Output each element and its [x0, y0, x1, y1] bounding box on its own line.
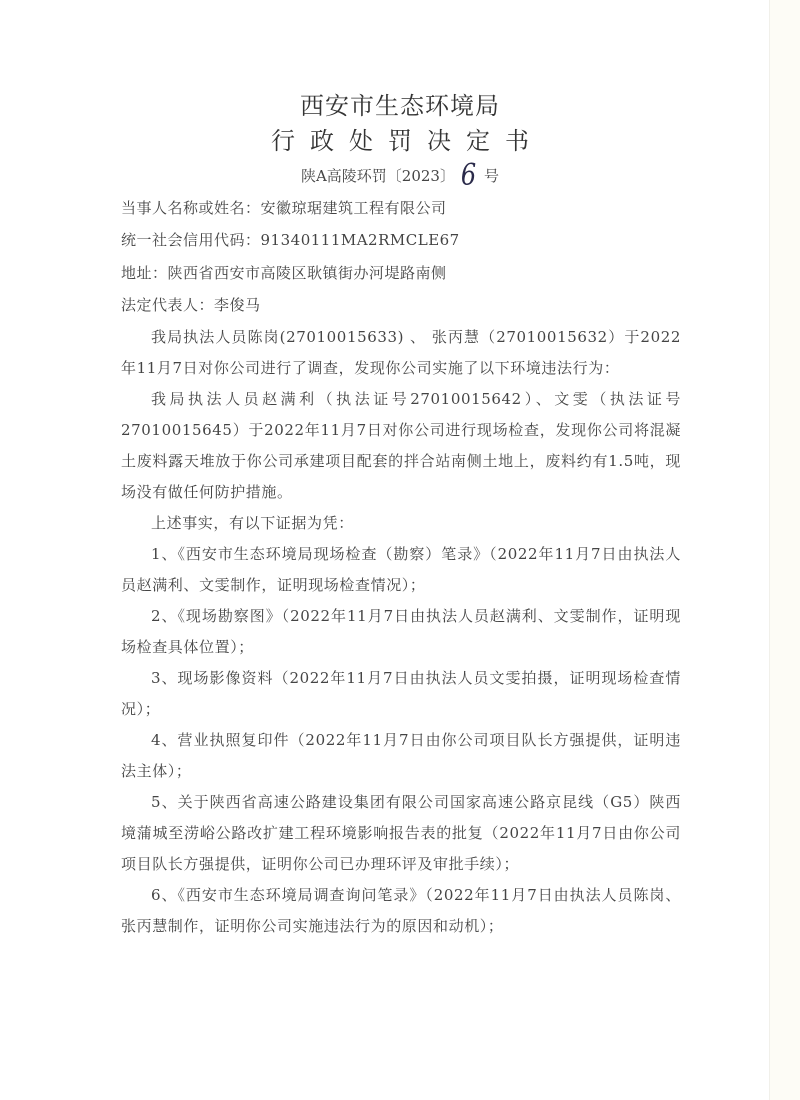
- evidence-item-2: 2、《现场勘察图》（2022年11月7日由执法人员赵满利、文雯制作，证明现场检查…: [121, 601, 681, 663]
- legal-representative-field: 法定代表人：李俊马: [121, 294, 261, 315]
- document-type-title: 行政处罚决定书: [0, 121, 800, 156]
- document-number-prefix: 陕A高陵环罚〔2023〕: [301, 167, 455, 185]
- organization-title: 西安市生态环境局: [0, 86, 800, 121]
- credit-code-field: 统一社会信用代码：91340111MA2RMCLE67: [121, 229, 460, 250]
- evidence-item-5: 5、关于陕西省高速公路建设集团有限公司国家高速公路京昆线（G5）陕西境蒲城至涝峪…: [121, 787, 681, 880]
- handwritten-number: 6: [461, 161, 476, 191]
- credit-code-label: 统一社会信用代码：: [121, 231, 261, 249]
- paragraph-violation-facts: 我局执法人员赵满利（执法证号27010015642）、文雯（执法证号270100…: [121, 384, 681, 508]
- party-name-value: 安徽琼琚建筑工程有限公司: [261, 199, 447, 217]
- address-label: 地址：: [121, 264, 168, 282]
- document-number: 陕A高陵环罚〔2023〕6号: [0, 157, 800, 187]
- evidence-item-6: 6、《西安市生态环境局调查询问笔录》（2022年11月7日由执法人员陈岗、张丙慧…: [121, 880, 681, 942]
- legal-representative-label: 法定代表人：: [121, 296, 214, 314]
- address-field: 地址：陕西省西安市高陵区耿镇街办河堤路南侧: [121, 262, 447, 283]
- address-value: 陕西省西安市高陵区耿镇街办河堤路南侧: [168, 264, 447, 282]
- evidence-item-4: 4、营业执照复印件（2022年11月7日由你公司项目队长方强提供，证明违法主体）…: [121, 725, 681, 787]
- legal-representative-value: 李俊马: [214, 296, 261, 314]
- evidence-item-3: 3、现场影像资料（2022年11月7日由执法人员文雯拍摄，证明现场检查情况）；: [121, 663, 681, 725]
- evidence-item-1: 1、《西安市生态环境局现场检查（勘察）笔录》（2022年11月7日由执法人员赵满…: [121, 539, 681, 601]
- party-name-label: 当事人名称或姓名：: [121, 199, 261, 217]
- paragraph-evidence-intro: 上述事实，有以下证据为凭：: [121, 508, 681, 539]
- document-number-suffix: 号: [484, 167, 499, 185]
- credit-code-value: 91340111MA2RMCLE67: [261, 231, 460, 249]
- paragraph-investigation: 我局执法人员陈岗(27010015633) 、 张丙慧（27010015632）…: [121, 322, 681, 384]
- document-body: 我局执法人员陈岗(27010015633) 、 张丙慧（27010015632）…: [121, 322, 681, 942]
- party-name-field: 当事人名称或姓名：安徽琼琚建筑工程有限公司: [121, 197, 447, 218]
